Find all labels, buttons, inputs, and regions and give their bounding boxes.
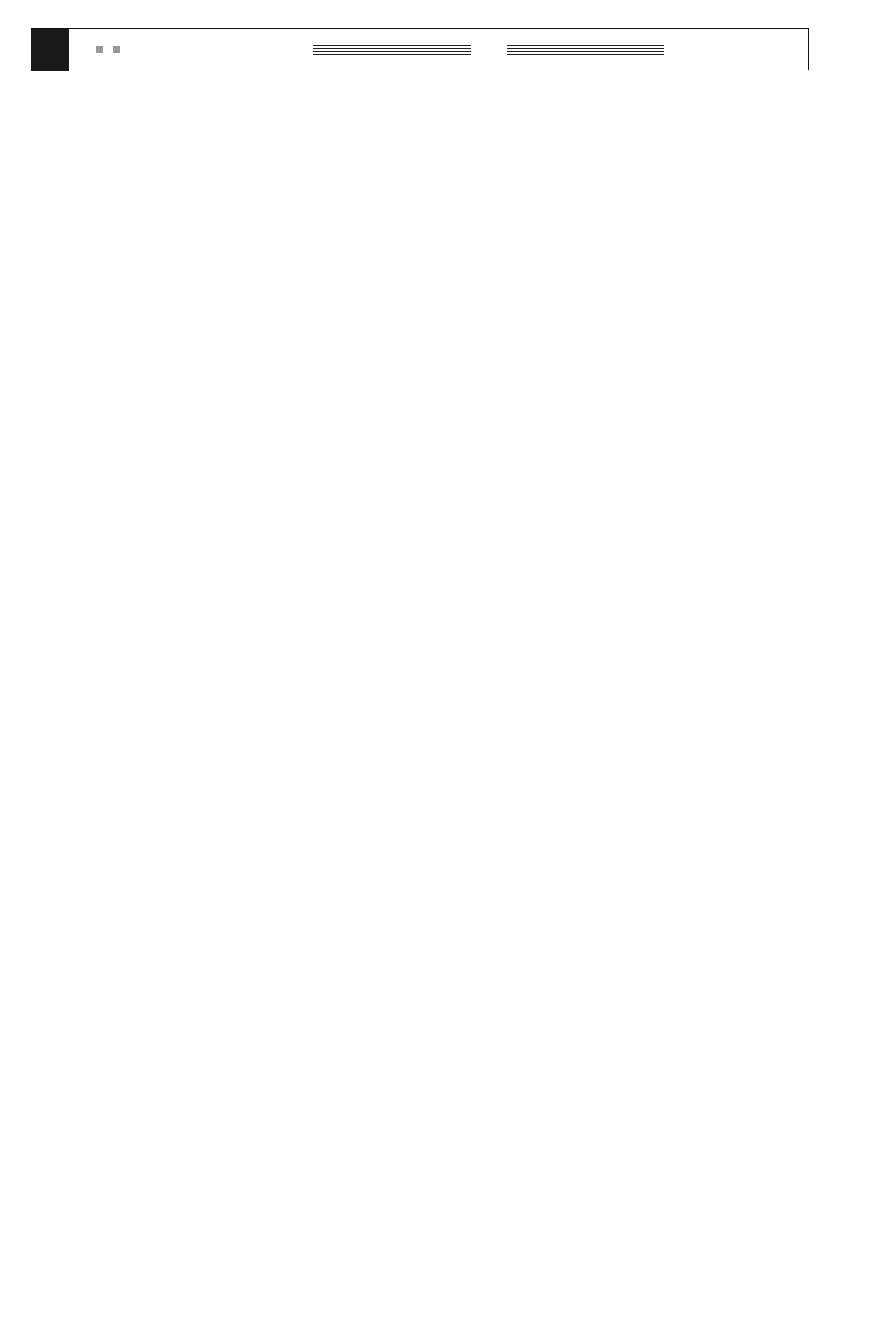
newspaper-logo bbox=[668, 29, 808, 70]
column-col1 bbox=[31, 72, 155, 78]
decorative-rules-left bbox=[309, 29, 475, 70]
separator-square-icon bbox=[96, 46, 103, 53]
masthead bbox=[31, 28, 809, 70]
column-col2 bbox=[161, 72, 285, 78]
column-col5 bbox=[681, 72, 809, 78]
page-number bbox=[31, 29, 69, 71]
decorative-rules-right bbox=[503, 29, 669, 70]
page-body bbox=[31, 72, 809, 1322]
column-col3 bbox=[291, 72, 415, 78]
column-col4 bbox=[421, 72, 545, 78]
separator-square-icon bbox=[113, 46, 120, 53]
date-line bbox=[69, 29, 309, 70]
section-title bbox=[475, 29, 503, 70]
column-col4b bbox=[551, 72, 675, 78]
